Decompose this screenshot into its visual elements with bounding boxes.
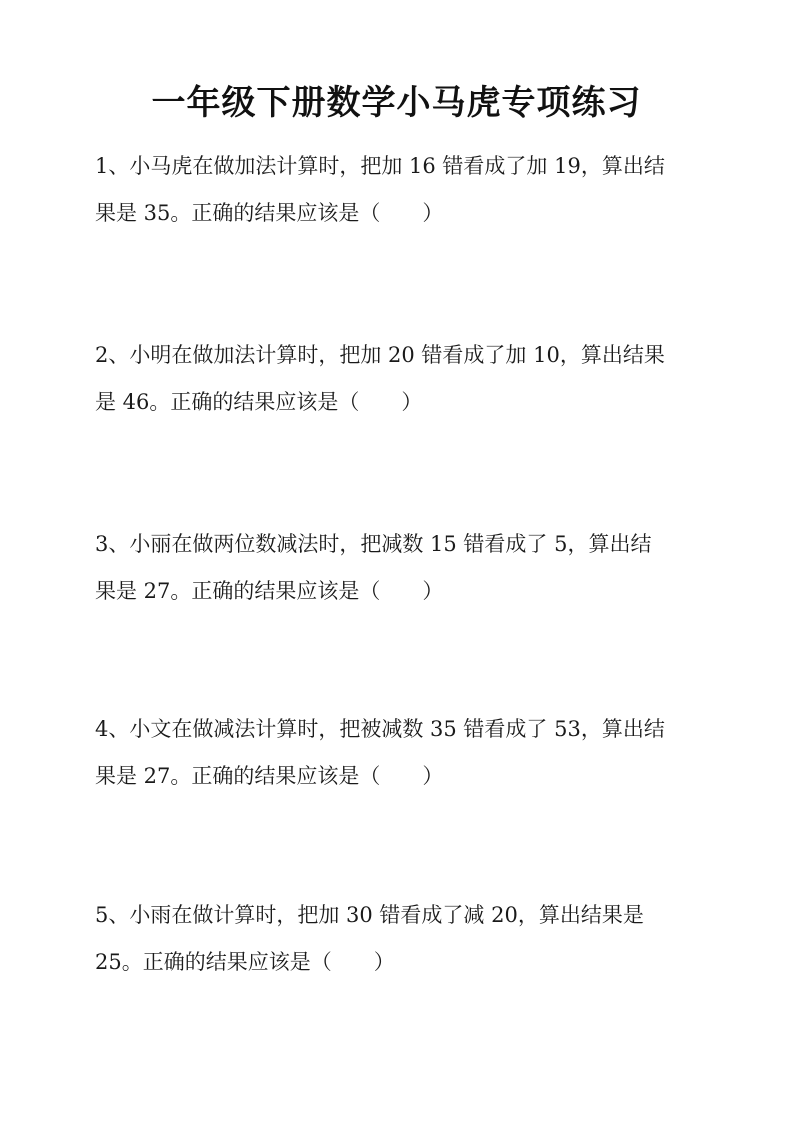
question-3: 3、小丽在做两位数减法时，把减数 15 错看成了 5，算出结 果是 27。正确的… — [95, 521, 720, 615]
question-5-line-1: 5、小雨在做计算时，把加 30 错看成了减 20，算出结果是 — [95, 892, 720, 939]
question-4-line-2: 果是 27。正确的结果应该是（ ） — [95, 753, 720, 800]
question-4: 4、小文在做减法计算时，把被减数 35 错看成了 53，算出结 果是 27。正确… — [95, 706, 720, 800]
question-4-line-1: 4、小文在做减法计算时，把被减数 35 错看成了 53，算出结 — [95, 706, 720, 753]
page-title: 一年级下册数学小马虎专项练习 — [0, 78, 793, 128]
question-2-line-1: 2、小明在做加法计算时，把加 20 错看成了加 10，算出结果 — [95, 332, 720, 379]
question-1: 1、小马虎在做加法计算时，把加 16 错看成了加 19，算出结 果是 35。正确… — [95, 143, 720, 237]
question-1-line-2: 果是 35。正确的结果应该是（ ） — [95, 190, 720, 237]
question-3-line-1: 3、小丽在做两位数减法时，把减数 15 错看成了 5，算出结 — [95, 521, 720, 568]
question-3-line-2: 果是 27。正确的结果应该是（ ） — [95, 568, 720, 615]
question-5: 5、小雨在做计算时，把加 30 错看成了减 20，算出结果是 25。正确的结果应… — [95, 892, 720, 986]
question-2: 2、小明在做加法计算时，把加 20 错看成了加 10，算出结果 是 46。正确的… — [95, 332, 720, 426]
question-5-line-2: 25。正确的结果应该是（ ） — [95, 939, 720, 986]
question-2-line-2: 是 46。正确的结果应该是（ ） — [95, 379, 720, 426]
question-1-line-1: 1、小马虎在做加法计算时，把加 16 错看成了加 19，算出结 — [95, 143, 720, 190]
